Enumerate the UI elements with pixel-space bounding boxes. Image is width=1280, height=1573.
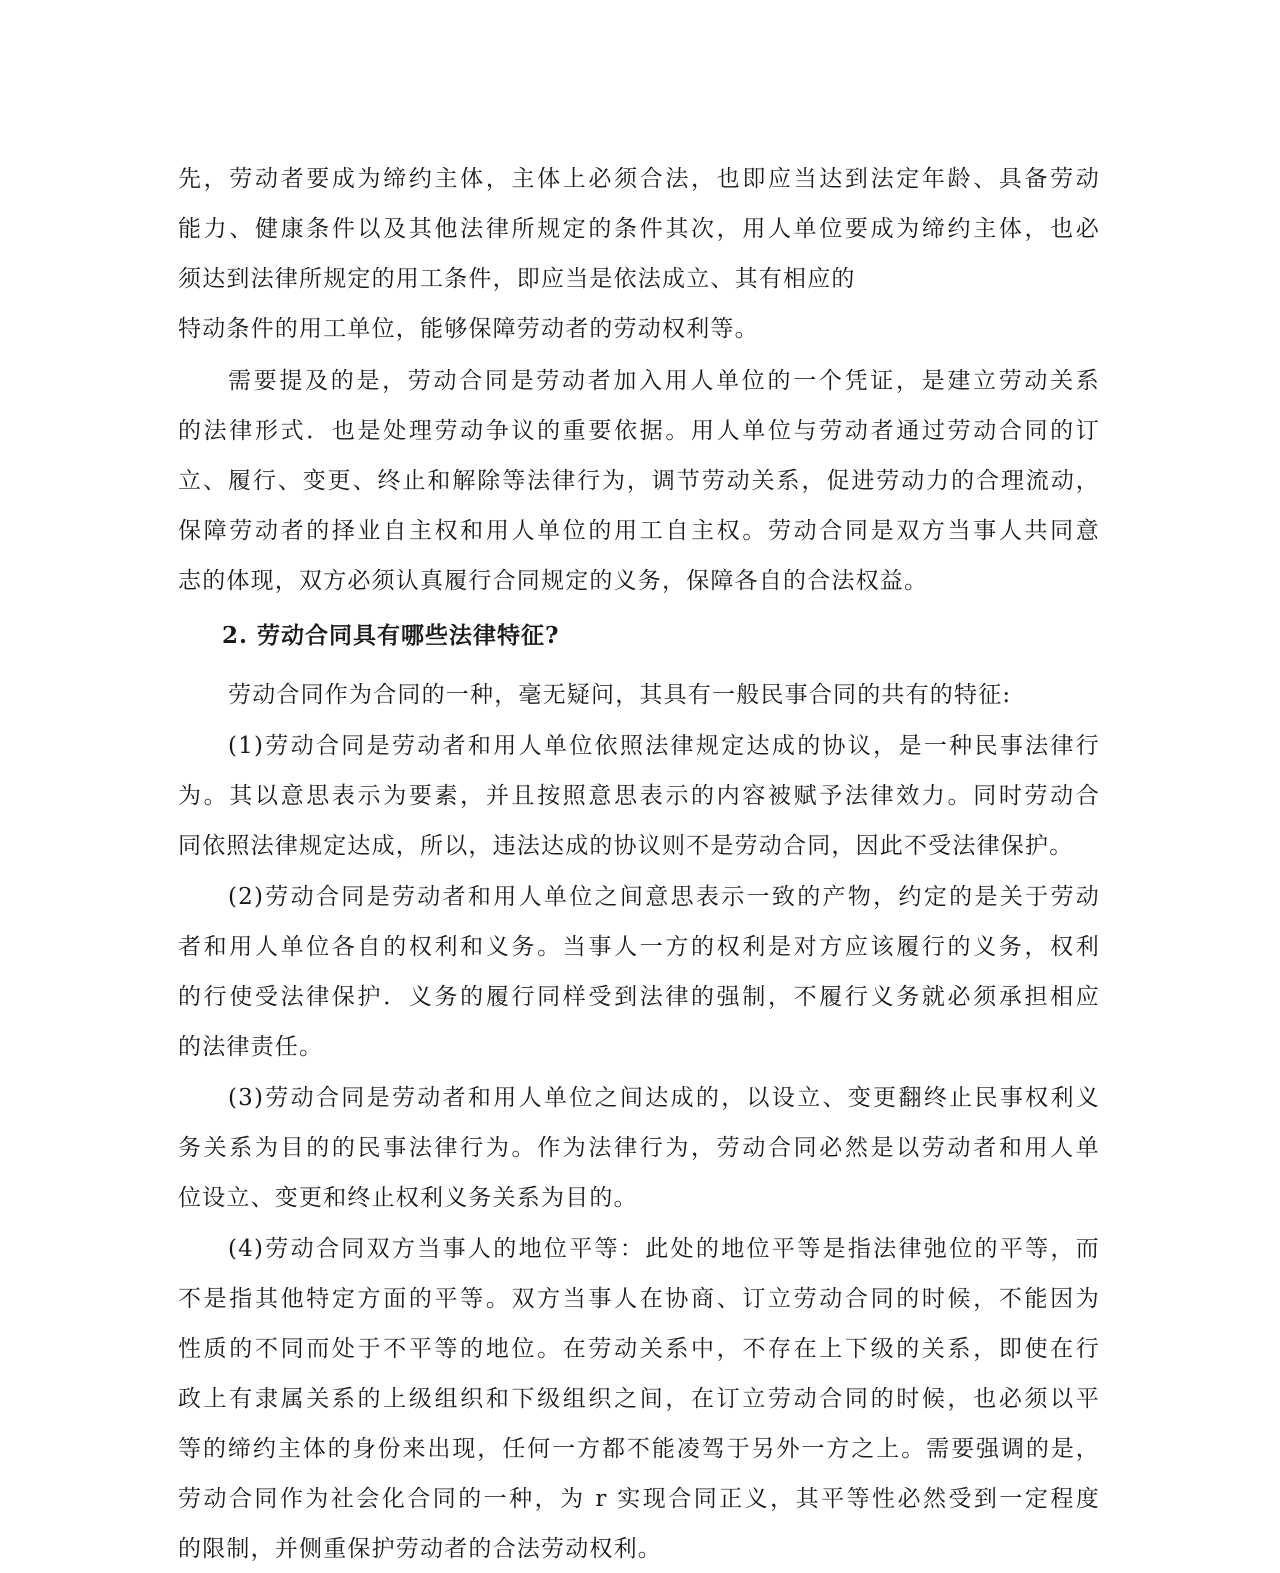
section-heading: 2. 劳动合同具有哪些法律特征? (222, 619, 560, 653)
text-line: 的法律责任。 (178, 1030, 1100, 1064)
text-line: 特动条件的用工单位，能够保障劳动者的劳动权利等。 (178, 312, 1100, 346)
text-line: 立、履行、变更、终止和解除等法律行为，调节劳动关系，促进劳动力的合理流动， (178, 464, 1100, 498)
text-line: 者和用人单位各自的权利和义务。当事人一方的权利是对方应该履行的义务，权利 (178, 930, 1100, 964)
text-line: 务关系为目的的民事法律行为。作为法律行为，劳动合同必然是以劳动者和用人单 (178, 1131, 1100, 1165)
text-line: (1)劳动合同是劳动者和用人单位依照法律规定达成的协议，是一种民事法律行 (228, 729, 1100, 763)
text-line: 同依照法律规定达成，所以，违法达成的协议则不是劳动合同，因此不受法律保护。 (178, 829, 1100, 863)
text-line: 政上有隶属关系的上级组织和下级组织之间，在订立劳动合同的时候，也必须以平 (178, 1382, 1100, 1416)
text-line: 需要提及的是，劳动合同是劳动者加入用人单位的一个凭证，是建立劳动关系 (228, 364, 1100, 398)
text-line: 性质的不同而处于不平等的地位。在劳动关系中，不存在上下级的关系，即使在行 (178, 1332, 1100, 1366)
text-line: 位设立、变更和终止权利义务关系为目的。 (178, 1181, 1100, 1215)
text-line: 能力、健康条件以及其他法律所规定的条件其次，用人单位要成为缔约主体，也必 (178, 212, 1100, 246)
text-line: 为。其以意思表示为要素，并且按照意思表示的内容被赋予法律效力。同时劳动合 (178, 779, 1100, 813)
text-line: 等的缔约主体的身份来出现，任何一方都不能凌驾于另外一方之上。需要强调的是， (178, 1432, 1100, 1466)
text-line: 的行使受法律保护．义务的履行同样受到法律的强制，不履行义务就必须承担相应 (178, 980, 1100, 1014)
text-line: (2)劳动合同是劳动者和用人单位之间意思表示一致的产物，约定的是关于劳动 (228, 880, 1100, 914)
text-line: 的限制，并侧重保护劳动者的合法劳动权利。 (178, 1532, 1100, 1566)
text-line: (3)劳动合同是劳动者和用人单位之间达成的，以设立、变更翻终止民事权利义 (228, 1081, 1100, 1115)
text-line: 劳动合同作为社会化合同的一种，为 r 实现合同正义，其平等性必然受到一定程度 (178, 1482, 1100, 1516)
text-line: (4)劳动合同双方当事人的地位平等：此处的地位平等是指法律弛位的平等，而 (228, 1232, 1100, 1266)
text-line: 先，劳动者要成为缔约主体，主体上必须合法，也即应当达到法定年龄、具备劳动 (178, 162, 1100, 196)
text-line: 须达到法律所规定的用工条件，即应当是依法成立、其有相应的 (178, 262, 1100, 296)
document-page: 先，劳动者要成为缔约主体，主体上必须合法，也即应当达到法定年龄、具备劳动 能力、… (0, 0, 1280, 1573)
text-line: 不是指其他特定方面的平等。双方当事人在协商、订立劳动合同的时候，不能因为 (178, 1282, 1100, 1316)
text-line: 的法律形式．也是处理劳动争议的重要依据。用人单位与劳动者通过劳动合同的订 (178, 414, 1100, 448)
text-line: 志的体现，双方必须认真履行合同规定的义务，保障各自的合法权益。 (178, 564, 1100, 598)
text-line: 保障劳动者的择业自主权和用人单位的用工自主权。劳动合同是双方当事人共同意 (178, 514, 1100, 548)
text-line: 劳动合同作为合同的一种，毫无疑问，其具有一般民事合同的共有的特征: (228, 678, 1100, 712)
